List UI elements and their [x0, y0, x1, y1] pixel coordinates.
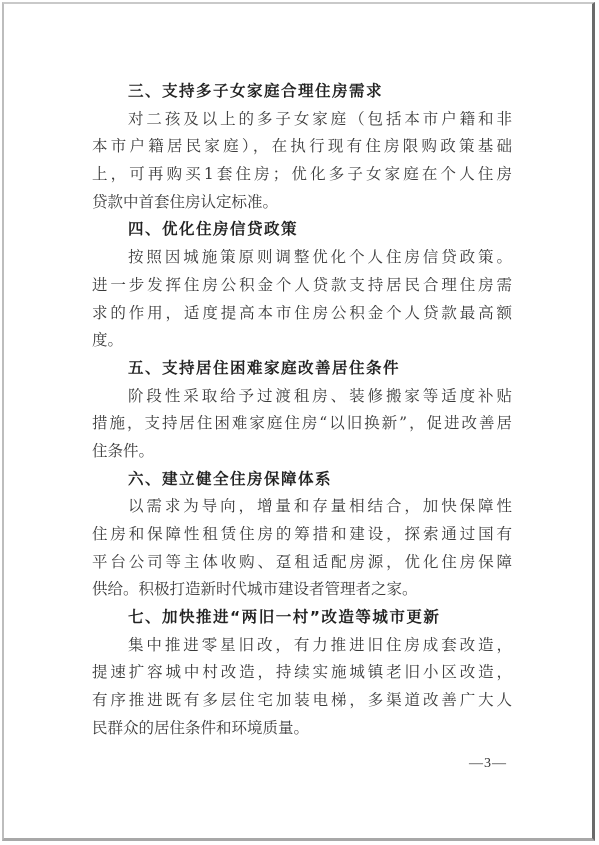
paragraph-line: 有序推进既有多层住宅加装电梯，多渠道改善广大人 [92, 687, 512, 715]
paragraph-line: 平台公司等主体收购、趸租适配房源，优化住房保障 [92, 549, 512, 577]
section-heading-4: 四、优化住房信贷政策 [92, 216, 512, 244]
document-page: 三、支持多子女家庭合理住房需求 对二孩及以上的多子女家庭（包括本市户籍和非 本市… [2, 2, 595, 841]
paragraph-line: 度。 [92, 327, 512, 355]
paragraph-line: 提速扩容城中村改造，持续实施城镇老旧小区改造， [92, 659, 512, 687]
document-body: 三、支持多子女家庭合理住房需求 对二孩及以上的多子女家庭（包括本市户籍和非 本市… [92, 78, 512, 743]
paragraph-line: 上，可再购买1套住房；优化多子女家庭在个人住房 [92, 161, 512, 189]
page-number: —3— [469, 756, 507, 772]
paragraph-line: 供给。积极打造新时代城市建设者管理者之家。 [92, 576, 512, 604]
paragraph-line: 本市户籍居民家庭），在执行现有住房限购政策基础 [92, 133, 512, 161]
paragraph-line: 住房和保障性租赁住房的筹措和建设，探索通过国有 [92, 521, 512, 549]
paragraph-line: 阶段性采取给予过渡租房、装修搬家等适度补贴 [92, 383, 512, 411]
paragraph-line: 以需求为导向，增量和存量相结合，加快保障性 [92, 493, 512, 521]
section-heading-7: 七、加快推进“两旧一村”改造等城市更新 [92, 604, 512, 632]
paragraph-line: 求的作用，适度提高本市住房公积金个人贷款最高额 [92, 300, 512, 328]
paragraph-line: 住条件。 [92, 438, 512, 466]
paragraph-line: 对二孩及以上的多子女家庭（包括本市户籍和非 [92, 106, 512, 134]
section-heading-6: 六、建立健全住房保障体系 [92, 466, 512, 494]
paragraph-line: 贷款中首套住房认定标准。 [92, 189, 512, 217]
section-heading-3: 三、支持多子女家庭合理住房需求 [92, 78, 512, 106]
paragraph-line: 按照因城施策原则调整优化个人住房信贷政策。 [92, 244, 512, 272]
section-heading-5: 五、支持居住困难家庭改善居住条件 [92, 355, 512, 383]
paragraph-line: 集中推进零星旧改，有力推进旧住房成套改造， [92, 632, 512, 660]
paragraph-line: 进一步发挥住房公积金个人贷款支持居民合理住房需 [92, 272, 512, 300]
paragraph-line: 措施，支持居住困难家庭住房“以旧换新”，促进改善居 [92, 410, 512, 438]
paragraph-line: 民群众的居住条件和环境质量。 [92, 715, 512, 743]
